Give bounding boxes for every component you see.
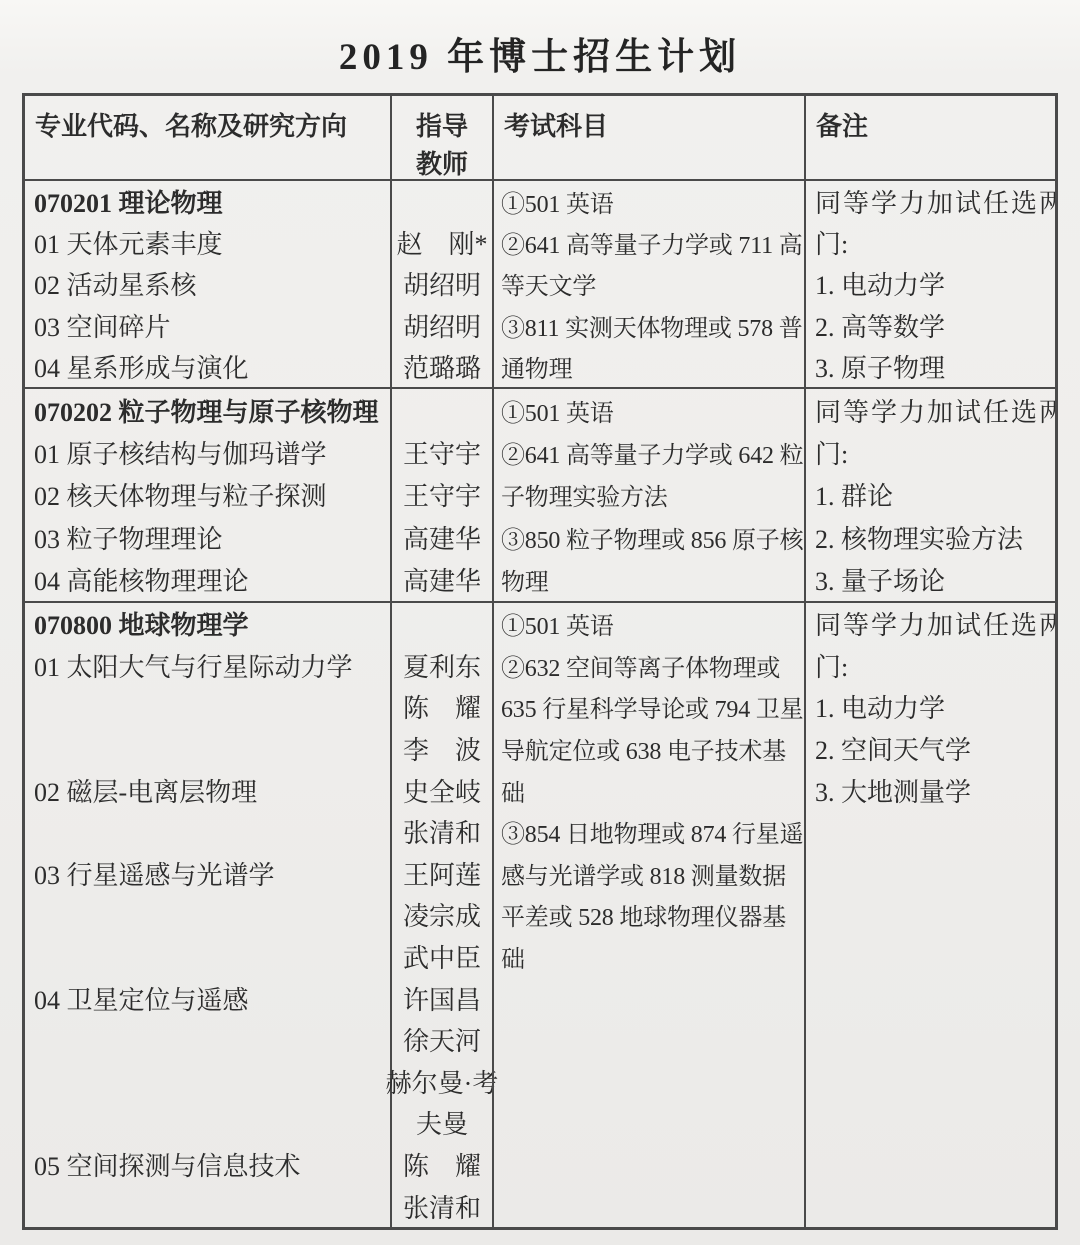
text-line — [34, 936, 390, 978]
header-advisor: 指导 教师 — [390, 96, 492, 179]
text-line: 3. 量子场论 — [815, 559, 1055, 601]
text-line — [392, 181, 492, 222]
text-line: 2. 空间天气学 — [815, 728, 1055, 770]
text-line: 同等学力加试任选两 — [815, 181, 1055, 222]
text-line: ③850 粒子物理或 856 原子核 — [501, 516, 802, 558]
text-line — [34, 728, 390, 770]
text-line — [815, 894, 1055, 936]
text-line: 01 太阳大气与行星际动力学 — [34, 645, 390, 687]
text-line: 导航定位或 638 电子技术基 — [501, 728, 802, 770]
exams-cell: ①501 英语②641 高等量子力学或 642 粒子物理实验方法③850 粒子物… — [492, 389, 804, 601]
text-line: 物理 — [501, 559, 802, 601]
text-line — [815, 1185, 1055, 1227]
text-line — [815, 936, 1055, 978]
remarks-cell: 同等学力加试任选两门:1. 电动力学2. 高等数学3. 原子物理 — [804, 181, 1055, 387]
text-line: ②632 空间等离子体物理或 — [501, 645, 802, 687]
header-major: 专业代码、名称及研究方向 — [25, 96, 390, 179]
text-line: 史全岐 — [392, 769, 492, 811]
text-line — [34, 1185, 390, 1227]
text-line: 武中臣 — [392, 936, 492, 978]
text-line: 04 星系形成与演化 — [34, 346, 390, 387]
text-line: ②641 高等量子力学或 711 高 — [501, 222, 802, 263]
text-line: 感与光谱学或 818 测量数据 — [501, 853, 802, 895]
text-line: 李 波 — [392, 728, 492, 770]
header-advisor-line2: 教师 — [392, 146, 492, 179]
text-line: 王守宇 — [392, 474, 492, 516]
text-line: 夫曼 — [392, 1102, 492, 1144]
text-line: 1. 群论 — [815, 474, 1055, 516]
text-line: 070201 理论物理 — [34, 181, 390, 222]
text-line: 赫尔曼·考 — [392, 1061, 492, 1103]
document-page: 2019 年博士招生计划 专业代码、名称及研究方向 指导 教师 考试科目 备注 … — [0, 0, 1080, 1245]
text-line: 础 — [501, 936, 802, 978]
text-line — [34, 686, 390, 728]
text-line: 070800 地球物理学 — [34, 603, 390, 645]
advisors-cell: 赵 刚*胡绍明胡绍明范璐璐 — [390, 181, 492, 387]
text-line: 2. 核物理实验方法 — [815, 516, 1055, 558]
text-line: 02 磁层-电离层物理 — [34, 769, 390, 811]
header-exam: 考试科目 — [492, 96, 804, 179]
text-line — [392, 603, 492, 645]
text-line: 徐天河 — [392, 1019, 492, 1061]
text-line: 01 原子核结构与伽玛谱学 — [34, 431, 390, 473]
text-line — [501, 1144, 802, 1186]
text-line: ①501 英语 — [501, 389, 802, 431]
text-line — [392, 389, 492, 431]
text-line: 070202 粒子物理与原子核物理 — [34, 389, 390, 431]
text-line: 03 空间碎片 — [34, 305, 390, 346]
text-line: 02 核天体物理与粒子探测 — [34, 474, 390, 516]
text-line: 门: — [815, 222, 1055, 263]
document-title: 2019 年博士招生计划 — [0, 26, 1080, 80]
text-line: ③854 日地物理或 874 行星遥 — [501, 811, 802, 853]
text-line: 3. 原子物理 — [815, 346, 1055, 387]
majors-cell: 070201 理论物理01 天体元素丰度02 活动星系核03 空间碎片04 星系… — [25, 181, 390, 387]
text-line — [501, 1019, 802, 1061]
text-line: 同等学力加试任选两 — [815, 389, 1055, 431]
text-line — [34, 1061, 390, 1103]
text-line: 同等学力加试任选两 — [815, 603, 1055, 645]
text-line: 凌宗成 — [392, 894, 492, 936]
text-line — [34, 811, 390, 853]
text-line: 05 空间探测与信息技术 — [34, 1144, 390, 1186]
remarks-cell: 同等学力加试任选两门:1. 群论2. 核物理实验方法3. 量子场论 — [804, 389, 1055, 601]
text-line — [501, 1185, 802, 1227]
text-line: 03 行星遥感与光谱学 — [34, 853, 390, 895]
table-section-070800: 070800 地球物理学01 太阳大气与行星际动力学02 磁层-电离层物理03 … — [25, 601, 1055, 1227]
text-line: 1. 电动力学 — [815, 686, 1055, 728]
text-line — [815, 1019, 1055, 1061]
text-line — [815, 1144, 1055, 1186]
text-line: ①501 英语 — [501, 603, 802, 645]
table-section-070201: 070201 理论物理01 天体元素丰度02 活动星系核03 空间碎片04 星系… — [25, 179, 1055, 387]
text-line: 子物理实验方法 — [501, 474, 802, 516]
text-line — [815, 1102, 1055, 1144]
text-line: 平差或 528 地球物理仪器基 — [501, 894, 802, 936]
text-line — [815, 811, 1055, 853]
text-line: 范璐璐 — [392, 346, 492, 387]
majors-cell: 070202 粒子物理与原子核物理01 原子核结构与伽玛谱学02 核天体物理与粒… — [25, 389, 390, 601]
text-line — [34, 1102, 390, 1144]
exams-cell: ①501 英语②632 空间等离子体物理或635 行星科学导论或 794 卫星导… — [492, 603, 804, 1227]
text-line: 2. 高等数学 — [815, 305, 1055, 346]
text-line: 张清和 — [392, 811, 492, 853]
text-line — [815, 853, 1055, 895]
table-section-070202: 070202 粒子物理与原子核物理01 原子核结构与伽玛谱学02 核天体物理与粒… — [25, 387, 1055, 601]
text-line — [501, 1061, 802, 1103]
text-line: 础 — [501, 769, 802, 811]
text-line: 胡绍明 — [392, 305, 492, 346]
table-header-row: 专业代码、名称及研究方向 指导 教师 考试科目 备注 — [25, 96, 1055, 179]
text-line — [34, 1019, 390, 1061]
text-line: 王阿莲 — [392, 853, 492, 895]
text-line — [501, 977, 802, 1019]
header-remarks: 备注 — [804, 96, 1055, 179]
text-line: 门: — [815, 645, 1055, 687]
text-line: 04 卫星定位与遥感 — [34, 977, 390, 1019]
text-line: 张清和 — [392, 1185, 492, 1227]
header-advisor-line1: 指导 — [392, 108, 492, 146]
text-line — [815, 1061, 1055, 1103]
text-line: 陈 耀 — [392, 1144, 492, 1186]
text-line: 高建华 — [392, 559, 492, 601]
text-line: 03 粒子物理理论 — [34, 516, 390, 558]
text-line: 夏利东 — [392, 645, 492, 687]
advisors-cell: 王守宇王守宇高建华高建华 — [390, 389, 492, 601]
text-line: 等天文学 — [501, 263, 802, 304]
text-line: 04 高能核物理理论 — [34, 559, 390, 601]
text-line: 许国昌 — [392, 977, 492, 1019]
text-line: 3. 大地测量学 — [815, 769, 1055, 811]
text-line — [34, 894, 390, 936]
text-line — [815, 977, 1055, 1019]
text-line: 1. 电动力学 — [815, 263, 1055, 304]
text-line: 02 活动星系核 — [34, 263, 390, 304]
text-line: 01 天体元素丰度 — [34, 222, 390, 263]
text-line: 门: — [815, 431, 1055, 473]
text-line — [501, 1102, 802, 1144]
text-line: 赵 刚* — [392, 222, 492, 263]
text-line: ①501 英语 — [501, 181, 802, 222]
text-line: 胡绍明 — [392, 263, 492, 304]
advisors-cell: 夏利东陈 耀李 波史全岐张清和王阿莲凌宗成武中臣许国昌徐天河赫尔曼·考夫曼陈 耀… — [390, 603, 492, 1227]
admission-table: 专业代码、名称及研究方向 指导 教师 考试科目 备注 070201 理论物理01… — [22, 93, 1058, 1230]
text-line: ③811 实测天体物理或 578 普 — [501, 305, 802, 346]
text-line: 高建华 — [392, 516, 492, 558]
text-line: 王守宇 — [392, 431, 492, 473]
text-line: ②641 高等量子力学或 642 粒 — [501, 431, 802, 473]
majors-cell: 070800 地球物理学01 太阳大气与行星际动力学02 磁层-电离层物理03 … — [25, 603, 390, 1227]
exams-cell: ①501 英语②641 高等量子力学或 711 高等天文学③811 实测天体物理… — [492, 181, 804, 387]
text-line: 陈 耀 — [392, 686, 492, 728]
text-line: 通物理 — [501, 346, 802, 387]
text-line: 635 行星科学导论或 794 卫星 — [501, 686, 802, 728]
remarks-cell: 同等学力加试任选两门:1. 电动力学2. 空间天气学3. 大地测量学 — [804, 603, 1055, 1227]
